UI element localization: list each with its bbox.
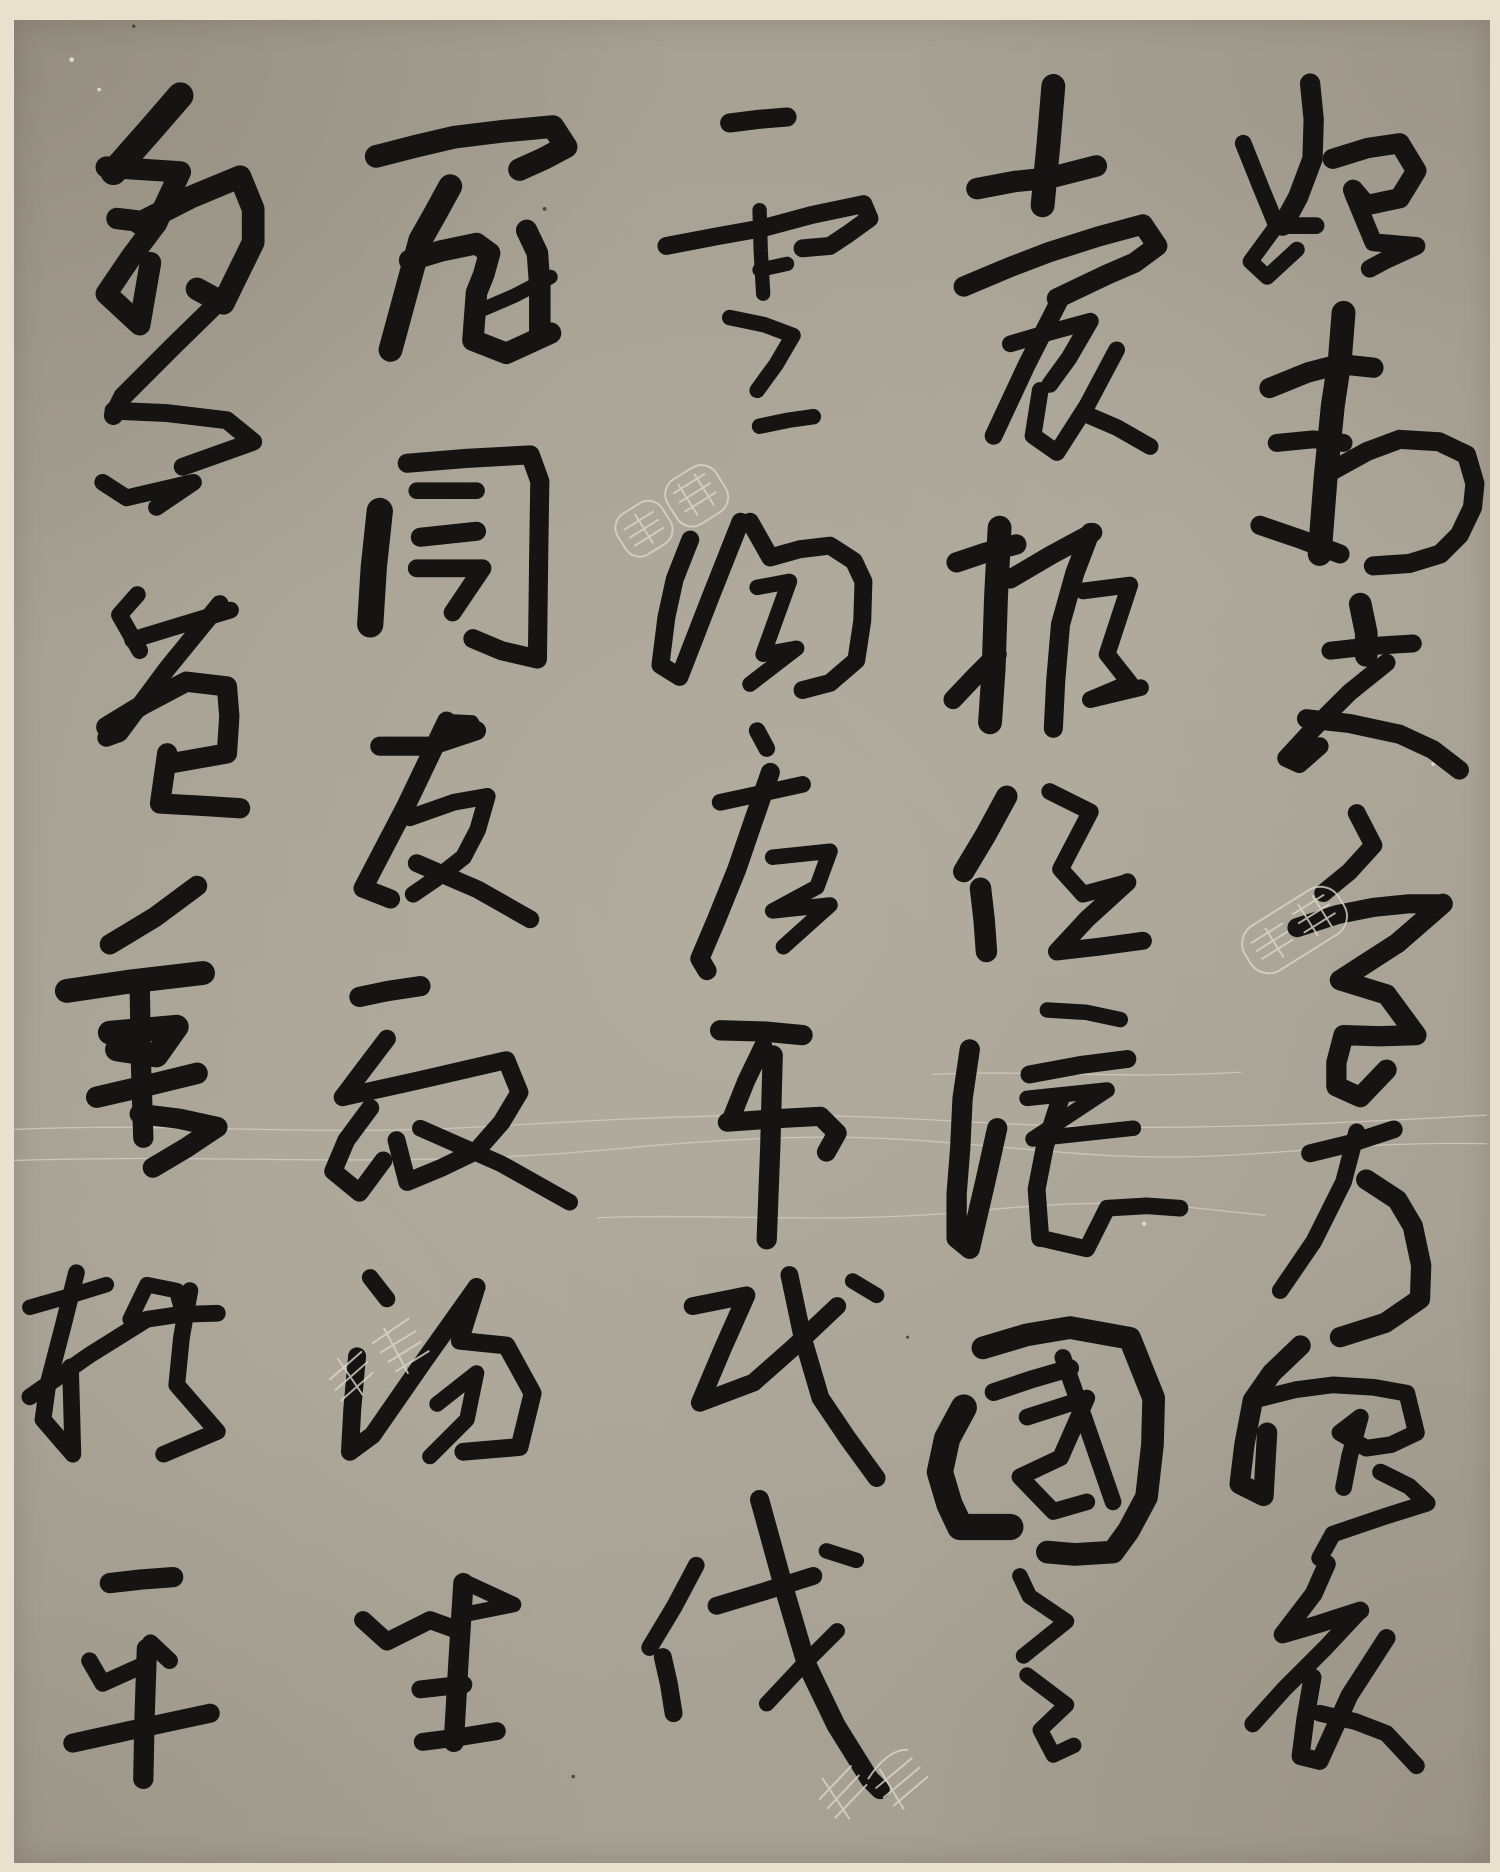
character-label: 國 [981, 1374, 1112, 1527]
character-glyph: 湯 [350, 1277, 533, 1456]
character-glyph: 垂 [67, 886, 217, 1168]
character-label: 衣 [1266, 1589, 1397, 1742]
character-label: 有 [982, 1589, 1113, 1742]
brush-stroke [826, 1551, 856, 1561]
character-glyph: 有 [982, 1576, 1113, 1755]
brush-stroke [1047, 1010, 1120, 1020]
character-glyph: 衣 [1253, 1564, 1417, 1766]
character-glyph: 朝 [106, 96, 253, 416]
brush-stroke [370, 511, 380, 624]
brush-stroke [650, 1565, 697, 1647]
calligraphy-artwork: 始 制 文 字 [0, 0, 1500, 1872]
brush-stroke [730, 117, 787, 123]
brush-stroke [757, 731, 767, 749]
character-label: 始 [1264, 103, 1399, 256]
character-label: 裳 [995, 192, 1126, 345]
character-glyph: 問 [103, 383, 253, 536]
character-label: 民 [719, 1308, 850, 1461]
calligraphy-column-1: 始 制 文 字 [1240, 84, 1475, 1766]
brush-stroke [1323, 813, 1373, 893]
character-label: 服 [1266, 1374, 1397, 1527]
brush-stroke [720, 1030, 802, 1035]
character-label: 罪 [406, 178, 537, 331]
character-label: 拱 [57, 1287, 191, 1440]
character-label: 平 [75, 1601, 206, 1754]
character-label: 乃 [1284, 1159, 1415, 1312]
brush-stroke [663, 1657, 674, 1713]
character-glyph: 制 [1260, 313, 1475, 566]
paper-speck [1142, 1222, 1146, 1226]
character-label: 文 [1308, 610, 1439, 763]
character-glyph: 讓 [957, 1010, 1180, 1249]
paper-speck [69, 57, 74, 62]
brush-stroke [333, 1108, 383, 1193]
character-glyph: 位 [964, 792, 1143, 952]
brush-stroke [359, 986, 420, 997]
character-glyph: 陶 [660, 522, 863, 690]
brush-stroke [977, 166, 1096, 189]
brush-stroke [760, 417, 814, 427]
character-glyph: 殷 [333, 986, 569, 1202]
brush-stroke [376, 127, 566, 170]
character-label: 陶 [696, 529, 827, 682]
character-label: 垂 [76, 950, 207, 1103]
character-label: 道 [107, 628, 238, 781]
character-glyph: 裳 [964, 86, 1157, 453]
character-label: 問 [112, 383, 243, 536]
character-glyph: 民 [693, 1275, 877, 1478]
paper-speck [132, 25, 135, 28]
character-label: 弔 [711, 1058, 842, 1211]
character-label: 伐 [699, 1569, 830, 1722]
character-glyph: 弔 [711, 1030, 842, 1239]
brush-stroke [1033, 350, 1117, 453]
paper-speck [906, 1336, 909, 1339]
character-glyph: 平 [73, 1577, 210, 1779]
calligraphy-column-3: 虞 陶 唐 弔 [650, 117, 880, 1790]
character-label: 虞 [702, 204, 833, 357]
paper-speck [571, 1775, 575, 1779]
character-glyph: 文 [1286, 604, 1459, 770]
character-label: 朝 [117, 180, 248, 333]
paper-speck [543, 207, 547, 211]
character-glyph: 虞 [666, 117, 869, 426]
character-label: 位 [985, 795, 1116, 948]
character-label: 唐 [699, 795, 830, 948]
paper-speck [97, 88, 101, 92]
character-glyph: 拱 [30, 1273, 218, 1454]
character-glyph: 周 [370, 455, 540, 659]
character-glyph: 推 [953, 528, 1141, 729]
calligraphy-column-4: 罪 周 發 [333, 127, 569, 1742]
calligraphy-sheet: 始 制 文 字 [0, 0, 1500, 1872]
character-label: 推 [981, 550, 1112, 703]
character-glyph: 唐 [699, 731, 830, 971]
brush-stroke [1083, 413, 1150, 446]
brush-stroke [110, 886, 197, 945]
character-glyph: 服 [1240, 1346, 1428, 1559]
character-label: 讓 [979, 1052, 1110, 1205]
character-label: 周 [389, 481, 520, 634]
character-glyph: 坐 [363, 1583, 513, 1742]
brush-stroke [110, 1577, 173, 1583]
character-glyph: 伐 [650, 1500, 880, 1790]
character-label: 坐 [364, 1585, 495, 1738]
character-glyph: 罪 [376, 127, 566, 354]
character-glyph: 乃 [1280, 1129, 1421, 1337]
character-label: 制 [1302, 365, 1433, 518]
brush-stroke [853, 1281, 877, 1295]
character-glyph: 字 [1297, 813, 1443, 1097]
calligraphy-column-2: 裳 推 位 [940, 86, 1180, 1755]
character-glyph: 發 [363, 721, 530, 919]
character-label: 湯 [376, 1291, 507, 1444]
character-label: 發 [381, 744, 512, 897]
brush-stroke [1040, 1206, 1180, 1249]
character-label: 殷 [386, 1018, 517, 1171]
character-glyph: 道 [106, 595, 240, 809]
character-glyph: 始 [1243, 84, 1416, 277]
calligraphy-column-5: 朝 問 道 垂 [30, 96, 253, 1779]
character-glyph: 國 [940, 1328, 1154, 1555]
